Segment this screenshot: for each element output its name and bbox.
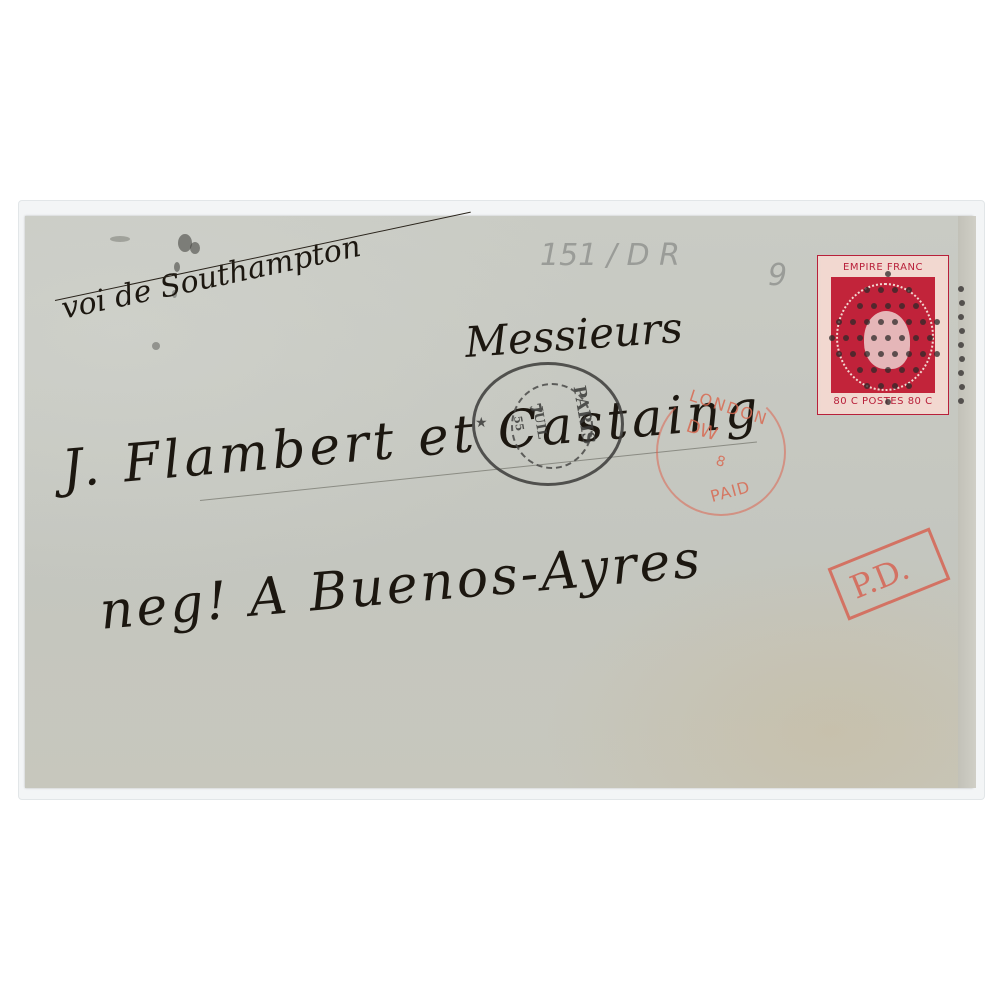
paris-postmark: PARIS 7 JUIL 55 ★: [472, 362, 624, 486]
cancel-dot: [913, 335, 919, 341]
stamp-bottom-label: 80 C POSTES 80 C: [821, 393, 945, 411]
cancel-dot: [927, 335, 933, 341]
cancel-dot: [857, 367, 863, 373]
cancel-dot: [892, 319, 898, 325]
cancel-dot: [958, 314, 964, 320]
pencil-reference-note: 151 / D R: [540, 238, 680, 273]
cancel-dot: [850, 319, 856, 325]
cancel-dot: [906, 319, 912, 325]
cancel-dot: [864, 351, 870, 357]
cancel-dot: [958, 370, 964, 376]
cancel-dot: [885, 399, 891, 405]
cancel-dot: [885, 303, 891, 309]
cancel-dot: [878, 287, 884, 293]
cancel-dot: [959, 384, 965, 390]
cancel-dot: [857, 335, 863, 341]
cancel-dot: [885, 271, 891, 277]
cancel-dot: [959, 328, 965, 334]
london-paid-postmark: LONDON DW 8 PAID: [656, 388, 786, 516]
cancel-dot: [906, 287, 912, 293]
cancel-dot: [920, 319, 926, 325]
paris-postmark-year: 55: [511, 415, 526, 432]
cancel-dot: [878, 351, 884, 357]
cancel-dot: [857, 303, 863, 309]
cancel-dot: [892, 383, 898, 389]
london-postmark-date: 8: [714, 453, 727, 471]
cancel-dot: [906, 351, 912, 357]
ink-blot: [110, 236, 130, 242]
cancel-dot: [829, 335, 835, 341]
cancel-dot: [958, 342, 964, 348]
cancel-dot: [864, 287, 870, 293]
cancel-dot: [934, 351, 940, 357]
cancel-dot: [864, 383, 870, 389]
cancel-dot: [836, 319, 842, 325]
cancel-dot: [958, 286, 964, 292]
cancel-dot: [864, 319, 870, 325]
star-icon: ★: [475, 415, 488, 431]
cancel-dot: [843, 335, 849, 341]
cancel-dot: [871, 335, 877, 341]
pd-handstamp-text: P.D.: [845, 549, 915, 607]
pencil-number-note: 9: [768, 258, 787, 293]
ink-blot: [190, 242, 200, 254]
postage-stamp: EMPIRE FRANC 80 C POSTES 80 C: [818, 256, 948, 414]
cancel-dot: [885, 367, 891, 373]
london-postmark-paid: PAID: [708, 477, 752, 506]
cancel-dot: [899, 335, 905, 341]
cancel-dot: [899, 303, 905, 309]
stamp-top-label: EMPIRE FRANC: [821, 259, 945, 277]
london-postmark-code: DW: [684, 416, 721, 446]
cancel-dot: [959, 356, 965, 362]
cancel-dot: [878, 383, 884, 389]
cancel-dot: [892, 287, 898, 293]
ink-blot: [152, 342, 160, 350]
cancel-dot: [871, 303, 877, 309]
cancel-dot: [878, 319, 884, 325]
cancel-dot: [836, 351, 842, 357]
cancel-dot: [850, 351, 856, 357]
cancel-dot: [959, 300, 965, 306]
cancel-dot: [899, 367, 905, 373]
cancel-dot: [913, 303, 919, 309]
cancel-dot: [920, 351, 926, 357]
cancel-dot: [934, 319, 940, 325]
cancel-dot: [958, 398, 964, 404]
cancel-dot: [913, 367, 919, 373]
cancel-dot: [885, 335, 891, 341]
cancel-dot: [871, 367, 877, 373]
cancel-dot: [906, 383, 912, 389]
cancel-dot: [892, 351, 898, 357]
